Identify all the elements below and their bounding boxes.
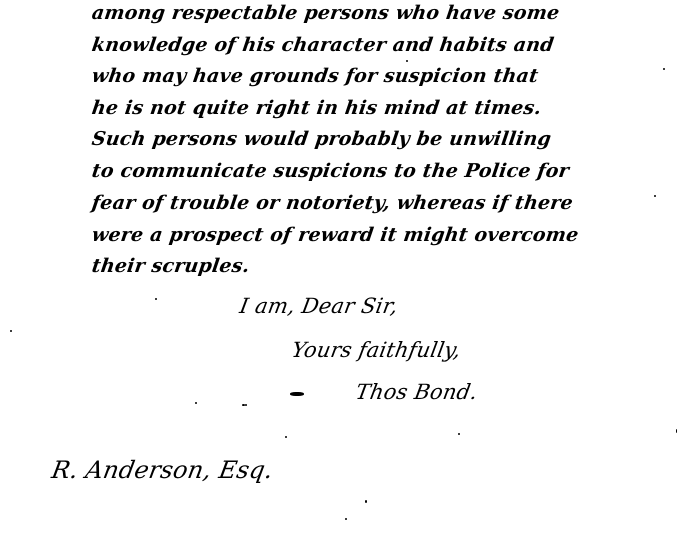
- letter-body-line: knowledge of his character and habits an…: [90, 34, 555, 56]
- scan-speck: [245, 404, 247, 406]
- scan-speck: [406, 60, 408, 62]
- letter-body-line: their scruples.: [90, 255, 251, 277]
- letter-body-line: fear of trouble or notoriety, whereas if…: [90, 192, 574, 214]
- closing-salutation: I am, Dear Sir,: [238, 294, 400, 318]
- letter-body-line: who may have grounds for suspicion that: [90, 65, 539, 87]
- scan-speck: [345, 518, 347, 520]
- letter-page: among respectable persons who have some …: [0, 0, 700, 558]
- scan-speck: [290, 392, 304, 396]
- scan-speck: [195, 402, 197, 404]
- scan-speck: [155, 298, 157, 300]
- letter-body-line: Such persons would probably be unwilling: [90, 128, 552, 150]
- scan-speck: [365, 500, 367, 503]
- signature: Thos Bond.: [354, 380, 480, 404]
- scan-speck: [676, 429, 677, 433]
- scan-speck: [458, 433, 460, 435]
- scan-speck: [285, 436, 287, 438]
- closing-valediction: Yours faithfully,: [290, 338, 463, 362]
- letter-body-line: among respectable persons who have some: [90, 2, 560, 24]
- addressee: R. Anderson, Esq.: [50, 456, 276, 484]
- scan-speck: [654, 195, 656, 197]
- scan-speck: [663, 68, 665, 70]
- letter-body-line: to communicate suspicions to the Police …: [90, 160, 570, 182]
- letter-body-line: he is not quite right in his mind at tim…: [90, 97, 542, 119]
- scan-speck: [10, 330, 12, 332]
- letter-body-line: were a prospect of reward it might overc…: [90, 224, 580, 246]
